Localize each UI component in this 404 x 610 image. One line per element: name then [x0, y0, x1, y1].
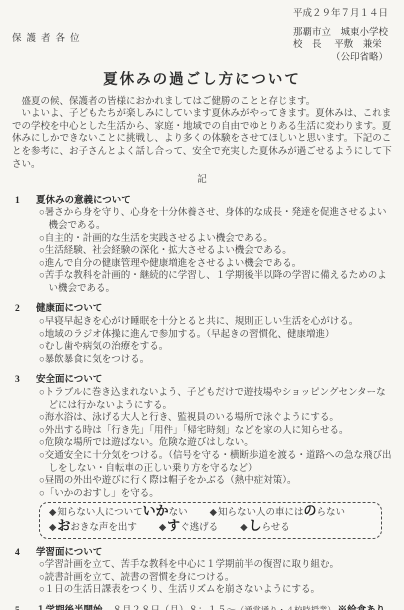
section-number: 3	[12, 374, 36, 387]
intro-paragraph: いよいよ、子どもたちが楽しみにしています夏休みがやってきます。夏休みは、これまで…	[12, 108, 392, 171]
list-item: ○自主的・計画的な生活を実践させるよい機会である。	[39, 233, 392, 246]
scanned-letter-page: 平成２９年７月１４日 保護者各位 那覇市立 城東小学校 校 長 平敷 兼栄 （公…	[0, 0, 404, 610]
intro-paragraphs: 盛夏の候、保護者の皆様におかれましてはご健勝のことと存じます。 いよいよ、子ども…	[12, 96, 392, 172]
list-item: ○むし歯や病気の治療をする。	[39, 341, 392, 354]
safety-box-row: ◆おおきな声を出す◆すぐ逃げる◆しらせる	[49, 520, 375, 535]
sender-block: 那覇市立 城東小学校 校 長 平敷 兼栄 （公印省略）	[293, 27, 392, 65]
list-item: ○進んで自分の健康管理や健康増進をさせるよい機会である。	[39, 258, 392, 271]
section-heading-text: 夏休みの意義について	[36, 196, 131, 206]
list-item: ○学習計画を立て、苦手な教科を中心に１学期前半の復習に取り組む。	[39, 559, 392, 572]
principal-line: 校 長 平敷 兼栄	[293, 39, 388, 52]
section-items: ○早寝早起きを心がけ睡眠を十分とると共に、規則正しい生活を心がける。○地域のラジ…	[39, 316, 392, 366]
seal-note: （公印省略）	[293, 52, 388, 65]
list-item: ○トラブルに巻き込まれないよう、子どもだけで遊技場やショッピングセンターなどには…	[39, 387, 392, 412]
list-item: ○暑さから身を守り、心身を十分休養させ、身体的な成長・発達を促進させるよい機会で…	[39, 207, 392, 232]
record-mark: 記	[12, 174, 392, 187]
safety-keyword: す	[167, 518, 180, 533]
list-item: ○地域のラジオ体操に進んで参加する。（早起きの習慣化、健康増進）	[39, 329, 392, 342]
closing-note-meal: ※給食あり	[338, 605, 386, 610]
section-heading: 4学習面について	[12, 547, 392, 560]
section: 3安全面について○トラブルに巻き込まれないよう、子どもだけで遊技場やショッピング…	[12, 374, 392, 538]
safety-box-item: ◆すぐ逃げる	[159, 520, 218, 535]
diamond-bullet-icon: ◆	[240, 523, 247, 533]
closing-number: 5	[12, 605, 36, 610]
intro-paragraph: 盛夏の候、保護者の皆様におかれましてはご健勝のことと存じます。	[12, 96, 392, 109]
section-heading-text: 学習面について	[36, 548, 102, 558]
closing-note-small: （通常通り・４校時授業）	[236, 605, 336, 610]
list-item: ○早寝早起きを心がけ睡眠を十分とると共に、規則正しい生活を心がける。	[39, 316, 392, 329]
section-items: ○トラブルに巻き込まれないよう、子どもだけで遊技場やショッピングセンターなどには…	[39, 387, 392, 500]
section-heading: 3安全面について	[12, 374, 392, 387]
section-heading: 1夏休みの意義について	[12, 195, 392, 208]
sections: 1夏休みの意義について○暑さから身を守り、心身を十分休養させ、身体的な成長・発達…	[12, 195, 392, 597]
safety-box-row: ◆知らない人についていかない◆知らない人の車にはのらない	[49, 505, 375, 520]
safety-box-item: ◆しらせる	[240, 520, 290, 535]
list-item: ○１日の生活日課表をつくり、生活リズムを崩さないようにする。	[39, 584, 392, 597]
list-item: ○危険な場所では遊ばない。危険な遊びはしない。	[39, 437, 392, 450]
safety-reminder-box: ◆知らない人についていかない◆知らない人の車にはのらない◆おおきな声を出す◆すぐ…	[39, 502, 382, 538]
closing-datetime: ８月２８日（月）８：１５～	[113, 605, 237, 610]
diamond-bullet-icon: ◆	[159, 523, 166, 533]
page-title: 夏休みの過ごし方について	[12, 74, 392, 87]
safety-keyword: いか	[143, 503, 169, 518]
safety-keyword: し	[249, 518, 262, 533]
section-heading-text: 安全面について	[36, 375, 102, 385]
list-item: ○暴飲暴食に気をつける。	[39, 354, 392, 367]
section-items: ○暑さから身を守り、心身を十分休養させ、身体的な成長・発達を促進させるよい機会で…	[39, 207, 392, 295]
section: 2健康面について○早寝早起きを心がけ睡眠を十分とると共に、規則正しい生活を心がけ…	[12, 303, 392, 366]
list-item: ○海水浴は、泳げる大人と行き、監視員のいる場所で泳ぐようにする。	[39, 412, 392, 425]
closing-line: 5 １学期後半開始 ８月２８日（月）８：１５～ （通常通り・４校時授業） ※給食…	[12, 605, 392, 610]
closing-heading: １学期後半開始	[36, 605, 103, 610]
section: 4学習面について○学習計画を立て、苦手な教科を中心に１学期前半の復習に取り組む。…	[12, 547, 392, 597]
document-date: 平成２９年７月１４日	[12, 8, 392, 21]
section-heading-text: 健康面について	[36, 304, 102, 314]
safety-keyword: の	[303, 503, 316, 518]
section-number: 1	[12, 195, 36, 208]
diamond-bullet-icon: ◆	[49, 508, 56, 518]
section-items: ○学習計画を立て、苦手な教科を中心に１学期前半の復習に取り組む。○読書計画を立て…	[39, 559, 392, 597]
diamond-bullet-icon: ◆	[210, 508, 217, 518]
principal-name: 平敷 兼栄	[334, 40, 382, 50]
list-item: ○昼間の外出や遊びに行く際は帽子をかぶる（熱中症対策）。	[39, 475, 392, 488]
principal-title: 校 長	[293, 40, 322, 50]
header-row: 保護者各位 那覇市立 城東小学校 校 長 平敷 兼栄 （公印省略）	[12, 27, 392, 65]
list-item: ○「いかのおすし」を守る。	[39, 488, 392, 501]
safety-box-item: ◆おおきな声を出す	[49, 520, 137, 535]
section-number: 4	[12, 547, 36, 560]
list-item: ○読書計画を立て、読書の習慣を身につける。	[39, 572, 392, 585]
list-item: ○苦手な教科を計画的・継続的に学習し、１学期後半以降の学習に備えるためのよい機会…	[39, 270, 392, 295]
safety-keyword: お	[57, 518, 70, 533]
list-item: ○交通安全に十分気をつける。（信号を守る・横断歩道を渡る・道路への急な飛び出しを…	[39, 450, 392, 475]
diamond-bullet-icon: ◆	[49, 523, 56, 533]
section-number: 2	[12, 303, 36, 316]
list-item: ○外出する時は「行き先」「用件」「帰宅時刻」などを家の人に知らせる。	[39, 425, 392, 438]
list-item: ○生活経験、社会経験の深化・拡大させるよい機会である。	[39, 245, 392, 258]
safety-box-item: ◆知らない人の車にはのらない	[210, 505, 345, 520]
recipient-line: 保護者各位	[12, 33, 85, 46]
school-name: 那覇市立 城東小学校	[293, 27, 388, 40]
section: 1夏休みの意義について○暑さから身を守り、心身を十分休養させ、身体的な成長・発達…	[12, 195, 392, 296]
section-heading: 2健康面について	[12, 303, 392, 316]
